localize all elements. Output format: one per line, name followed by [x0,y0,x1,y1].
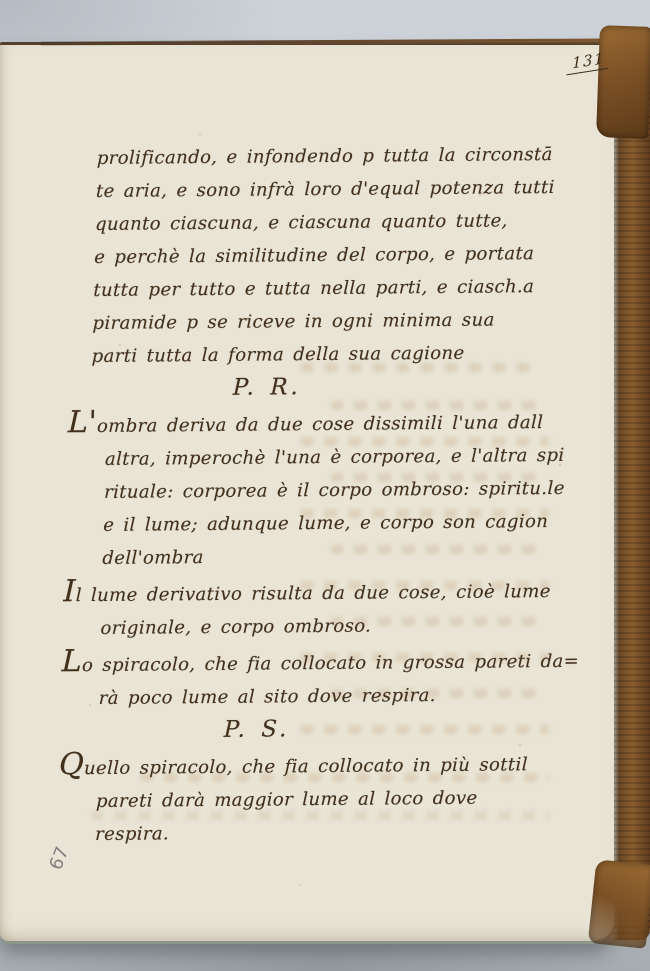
manuscript-line: parti tutta la forma della sua cagione [91,336,568,373]
manuscript-line: rituale: corporea è il corpo ombroso: sp… [104,472,565,509]
section-mark: P. R. [232,369,567,405]
manuscript-line: quanto ciascuna, e ciascuna quanto tutte… [95,204,572,241]
manuscript-line: tutta per tutto e tutta nella parti, e c… [93,270,570,307]
manuscript-line: e perchè la similitudine del corpo, e po… [94,237,571,274]
manuscript-line: prolificando, e infondendo p tutta la ci… [96,138,573,175]
manuscript-line: L'ombra deriva da due cose dissimili l'u… [67,402,566,443]
book-fore-edge [610,40,650,940]
worn-leather-corner-top [596,25,650,139]
manuscript-line: respira. [95,814,556,851]
manuscript-text: prolificando, e infondendo p tutta la ci… [71,138,574,851]
manuscript-line: piramide p se riceve in ogni minima sua [92,303,569,340]
manuscript-line: Il lume derivativo risulta da due cose, … [63,571,562,612]
manuscript-line: dell'ombra [102,538,563,575]
manuscript-line: altra, imperochè l'una è corporea, e l'a… [105,439,566,476]
worn-leather-corner-bottom [588,859,650,949]
manuscript-line: rà poco lume al sito dove respira. [98,678,559,715]
manuscript-line: pareti darà maggior lume al loco dove [96,781,557,818]
manuscript-line: Lo spiracolo, che fia collocato in gross… [61,641,560,682]
manuscript-line: e il lume; adunque lume, e corpo son cag… [103,505,564,542]
section-mark: P. S. [223,711,558,747]
manuscript-line: originale, e corpo ombroso. [100,608,561,645]
manuscript-line: te aria, e sono infrà loro d'equal poten… [96,171,573,208]
manuscript-line: Quello spiracolo, che fia collocato in p… [58,744,557,785]
